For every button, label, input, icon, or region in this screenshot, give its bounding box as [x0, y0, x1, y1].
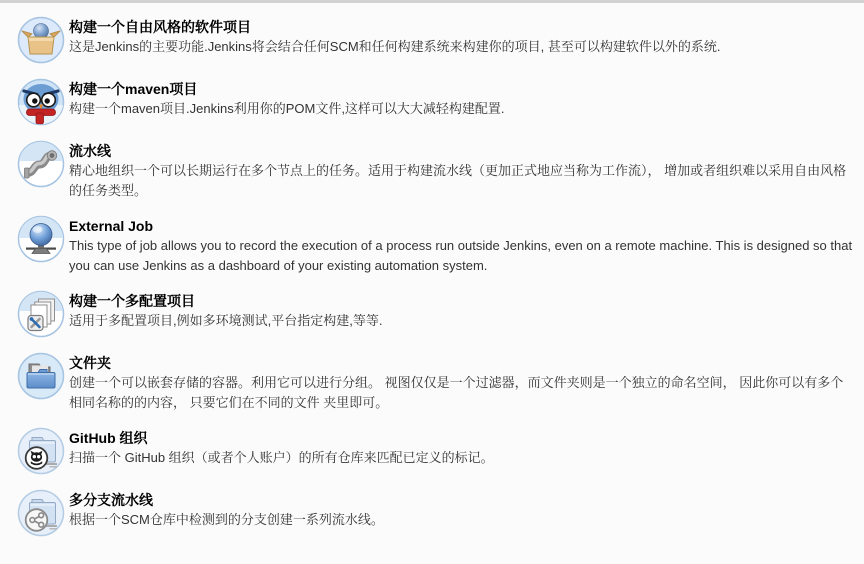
- folder-icon: [17, 352, 65, 400]
- project-type-item[interactable]: 构建一个maven项目 构建一个maven项目.Jenkins利用你的POM文件…: [17, 78, 854, 126]
- project-type-description: 精心地组织一个可以长期运行在多个节点上的任务。适用于构建流水线（更加正式地应当称…: [69, 161, 854, 201]
- project-type-item[interactable]: External Job This type of job allows you…: [17, 215, 854, 276]
- github-organization-icon: [17, 427, 65, 475]
- project-type-description: 构建一个maven项目.Jenkins利用你的POM文件,这样可以大大减轻构建配…: [69, 99, 505, 119]
- project-type-title[interactable]: 构建一个自由风格的软件项目: [69, 17, 721, 37]
- new-item-type-page: 构建一个自由风格的软件项目 这是Jenkins的主要功能.Jenkins将会结合…: [0, 0, 864, 564]
- project-type-text: 流水线 精心地组织一个可以长期运行在多个节点上的任务。适用于构建流水线（更加正式…: [69, 140, 854, 201]
- project-type-text: 构建一个多配置项目 适用于多配置项目,例如多环境测试,平台指定构建,等等.: [69, 290, 382, 331]
- project-type-title[interactable]: 多分支流水线: [69, 490, 384, 510]
- project-type-item[interactable]: 多分支流水线 根据一个SCM仓库中检测到的分支创建一系列流水线。: [17, 489, 854, 537]
- external-job-icon: [17, 215, 65, 263]
- project-type-text: GitHub 组织 扫描一个 GitHub 组织（或者个人账户）的所有仓库来匹配…: [69, 427, 494, 468]
- project-type-title[interactable]: External Job: [69, 216, 854, 236]
- multibranch-pipeline-icon: [17, 489, 65, 537]
- project-type-description: 根据一个SCM仓库中检测到的分支创建一系列流水线。: [69, 510, 384, 530]
- project-type-text: 多分支流水线 根据一个SCM仓库中检测到的分支创建一系列流水线。: [69, 489, 384, 530]
- multi-configuration-icon: [17, 290, 65, 338]
- project-type-text: External Job This type of job allows you…: [69, 215, 854, 276]
- project-type-title[interactable]: 构建一个maven项目: [69, 79, 505, 99]
- project-type-text: 构建一个自由风格的软件项目 这是Jenkins的主要功能.Jenkins将会结合…: [69, 16, 721, 57]
- project-type-text: 文件夹 创建一个可以嵌套存储的容器。利用它可以进行分组。 视图仅仅是一个过滤器，…: [69, 352, 854, 413]
- project-type-title[interactable]: 流水线: [69, 141, 854, 161]
- project-type-description: This type of job allows you to record th…: [69, 236, 854, 276]
- project-type-text: 构建一个maven项目 构建一个maven项目.Jenkins利用你的POM文件…: [69, 78, 505, 119]
- project-type-description: 适用于多配置项目,例如多环境测试,平台指定构建,等等.: [69, 311, 382, 331]
- freestyle-project-box-icon: [17, 16, 65, 64]
- maven-project-icon: [17, 78, 65, 126]
- project-type-title[interactable]: 构建一个多配置项目: [69, 291, 382, 311]
- pipeline-icon: [17, 140, 65, 188]
- project-type-list: 构建一个自由风格的软件项目 这是Jenkins的主要功能.Jenkins将会结合…: [0, 3, 864, 561]
- project-type-item[interactable]: 文件夹 创建一个可以嵌套存储的容器。利用它可以进行分组。 视图仅仅是一个过滤器，…: [17, 352, 854, 413]
- project-type-description: 创建一个可以嵌套存储的容器。利用它可以进行分组。 视图仅仅是一个过滤器，而文件夹…: [69, 373, 854, 413]
- project-type-description: 扫描一个 GitHub 组织（或者个人账户）的所有仓库来匹配已定义的标记。: [69, 448, 494, 468]
- project-type-item[interactable]: GitHub 组织 扫描一个 GitHub 组织（或者个人账户）的所有仓库来匹配…: [17, 427, 854, 475]
- project-type-title[interactable]: 文件夹: [69, 353, 854, 373]
- project-type-description: 这是Jenkins的主要功能.Jenkins将会结合任何SCM和任何构建系统来构…: [69, 37, 721, 57]
- project-type-title[interactable]: GitHub 组织: [69, 428, 494, 448]
- project-type-item[interactable]: 构建一个多配置项目 适用于多配置项目,例如多环境测试,平台指定构建,等等.: [17, 290, 854, 338]
- project-type-item[interactable]: 流水线 精心地组织一个可以长期运行在多个节点上的任务。适用于构建流水线（更加正式…: [17, 140, 854, 201]
- project-type-item[interactable]: 构建一个自由风格的软件项目 这是Jenkins的主要功能.Jenkins将会结合…: [17, 16, 854, 64]
